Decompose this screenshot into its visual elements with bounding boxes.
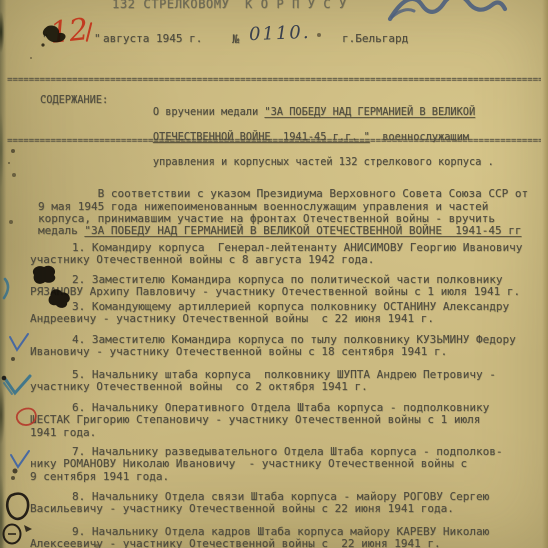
preamble-paragraph: В соответствии с указом Президиума Верхо… <box>38 176 528 250</box>
unit-header: 132 СТРЕЛКОВОМУ К О Р П У С У <box>112 0 347 11</box>
checkmark-item-4 <box>8 333 30 353</box>
signature-scribble <box>388 0 508 23</box>
date-month-year: августа 1945 г. <box>103 32 202 45</box>
award-item-6: 6. Начальнику Оперативного Отдела Штаба … <box>30 402 545 439</box>
place-name: г.Бельгард <box>342 32 408 45</box>
medal-name-part-2: ОТЕЧЕСТВЕННОЙ ВОЙНЕ 1941-45 г.г. " <box>153 131 370 143</box>
award-item-2: 2. Заместителю Командира корпуса по поли… <box>30 274 545 299</box>
black-circle-item-8 <box>5 492 33 522</box>
punch-hole-2 <box>44 288 74 314</box>
ink-blot <box>40 24 70 54</box>
award-item-1: 1. Командиру корпуса Генерал-лейтенанту … <box>30 242 545 267</box>
checkmark-item-7 <box>9 450 31 470</box>
black-circle-dash-item-9 <box>2 523 26 547</box>
punch-hole-1 <box>28 263 62 291</box>
subject-line-3: управления и корпусных частей 132 стрелк… <box>153 156 494 168</box>
teal-edge-mark <box>2 278 16 300</box>
red-circle-item-6 <box>13 407 39 429</box>
date-close-quote: " <box>94 32 101 45</box>
scanned-document-page: 132 СТРЕЛКОВОМУ К О Р П У С У " 12 " авг… <box>0 0 548 548</box>
subject-label: СОДЕРЖАНИЕ: <box>40 94 108 106</box>
medal-name-part-1: "ЗА ПОБЕДУ НАД ГЕРМАНИЕЙ В ВЕЛИКОЙ <box>264 106 475 118</box>
award-item-5: 5. Начальнику штаба корпуса полковнику Ш… <box>30 369 545 394</box>
award-item-3: 3. Командующему артиллерией корпуса полк… <box>30 301 545 326</box>
subject-intro: О вручении медали <box>153 106 265 118</box>
award-item-9: 9. Начальнику Отдела кадров Штаба корпус… <box>30 526 545 548</box>
subject-after-medal: военнослужащим <box>370 131 469 143</box>
award-item-4: 4. Заместителю Командира корпуса по тылу… <box>30 334 545 359</box>
handwritten-document-number: 0110. <box>249 22 311 45</box>
document-number-label: № <box>232 32 239 46</box>
checkmark-item-5 <box>2 374 32 396</box>
subject-text: О вручении медали "ЗА ПОБЕДУ НАД ГЕРМАНИ… <box>128 93 494 181</box>
preamble-medal-name: "ЗА ПОБЕДУ НАД ГЕРМАНИЕЙ В ВЕЛИКОЙ ОТЕЧЕ… <box>84 224 521 237</box>
separator-top: ========================================… <box>7 75 541 85</box>
award-item-8: 8. Начальнику Отдела связи Штаба корпуса… <box>30 491 545 516</box>
award-item-7: 7. Начальнику разведывательного Отдела Ш… <box>30 446 545 483</box>
dust-specks <box>0 0 2 2</box>
